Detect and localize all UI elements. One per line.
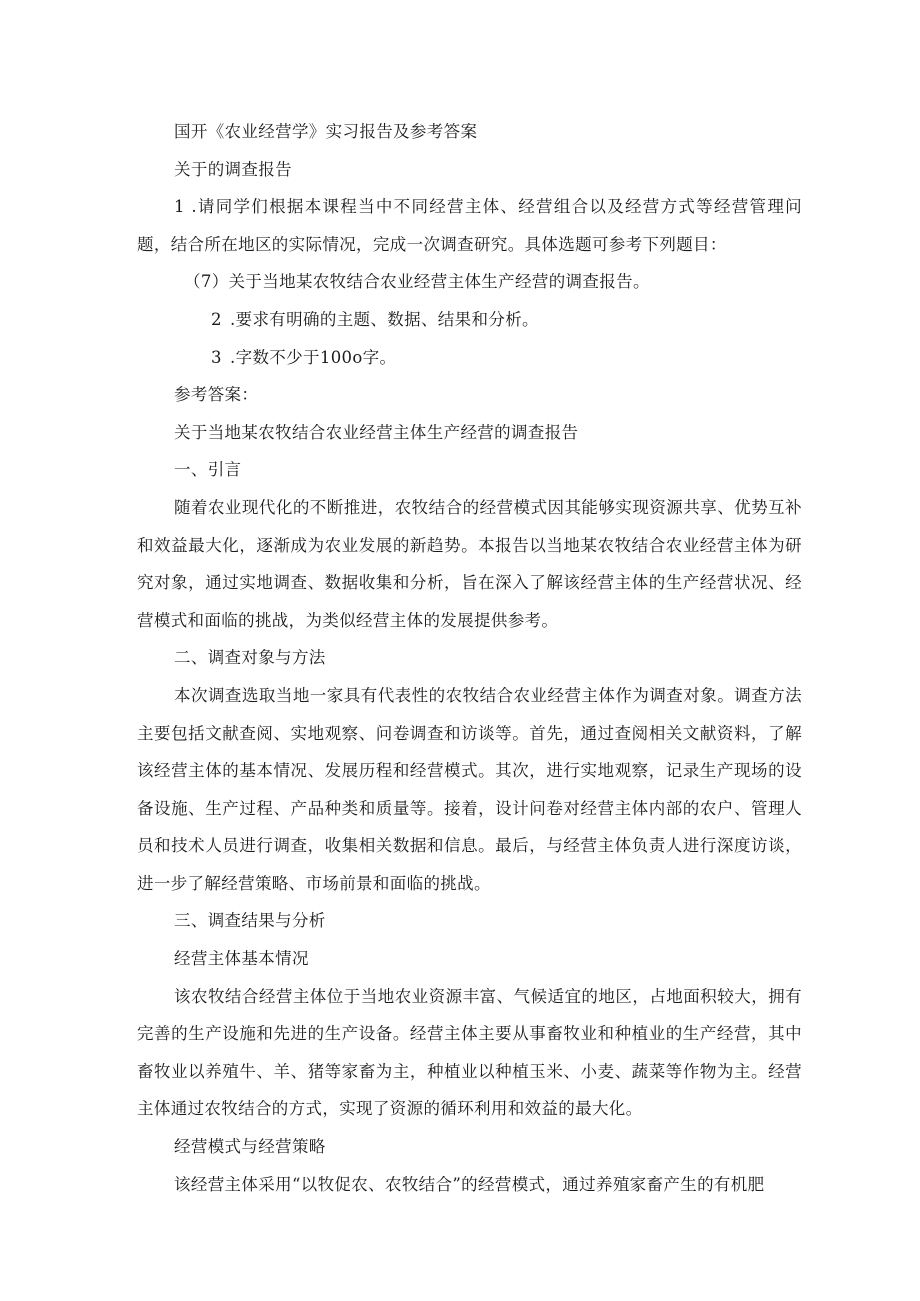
- item-text: .字数不少于100o字。: [230, 348, 396, 367]
- document-title: 国开《农业经营学》实习报告及参考答案: [137, 113, 802, 151]
- document-page: 国开《农业经营学》实习报告及参考答案 关于的调查报告 1 .请同学们根据本课程当…: [137, 113, 802, 1203]
- section-body-methods: 本次调查选取当地一家具有代表性的农牧结合农业经营主体作为调查对象。调查方法主要包…: [137, 677, 802, 903]
- item-text: .要求有明确的主题、数据、结果和分析。: [230, 310, 539, 329]
- document-subtitle: 关于的调查报告: [137, 151, 802, 189]
- requirement-item-2: 2.要求有明确的主题、数据、结果和分析。: [137, 301, 802, 339]
- item-number: 2: [174, 301, 230, 339]
- body-business-model: 该经营主体采用“以牧促农、农牧结合”的经营模式，通过养殖家畜产生的有机肥: [137, 1166, 802, 1204]
- subheading-business-model: 经营模式与经营策略: [137, 1128, 802, 1166]
- report-title: 关于当地某农牧结合农业经营主体生产经营的调查报告: [137, 414, 802, 452]
- requirement-item-3: 3.字数不少于100o字。: [137, 339, 802, 377]
- body-basic-info: 该农牧结合经营主体位于当地农业资源丰富、气候适宜的地区，占地面积较大，拥有完善的…: [137, 978, 802, 1128]
- item-number: 3: [174, 339, 230, 377]
- topic-item-7: （7）关于当地某农牧结合农业经营主体生产经营的调查报告。: [137, 263, 802, 301]
- subheading-basic-info: 经营主体基本情况: [137, 940, 802, 978]
- section-heading-introduction: 一、引言: [137, 451, 802, 489]
- requirement-item-1: 1 .请同学们根据本课程当中不同经营主体、经营组合以及经营方式等经营管理问题，结…: [137, 188, 802, 263]
- section-heading-results: 三、调查结果与分析: [137, 902, 802, 940]
- answer-label: 参考答案：: [137, 376, 802, 414]
- section-body-introduction: 随着农业现代化的不断推进，农牧结合的经营模式因其能够实现资源共享、优势互补和效益…: [137, 489, 802, 639]
- section-heading-methods: 二、调查对象与方法: [137, 639, 802, 677]
